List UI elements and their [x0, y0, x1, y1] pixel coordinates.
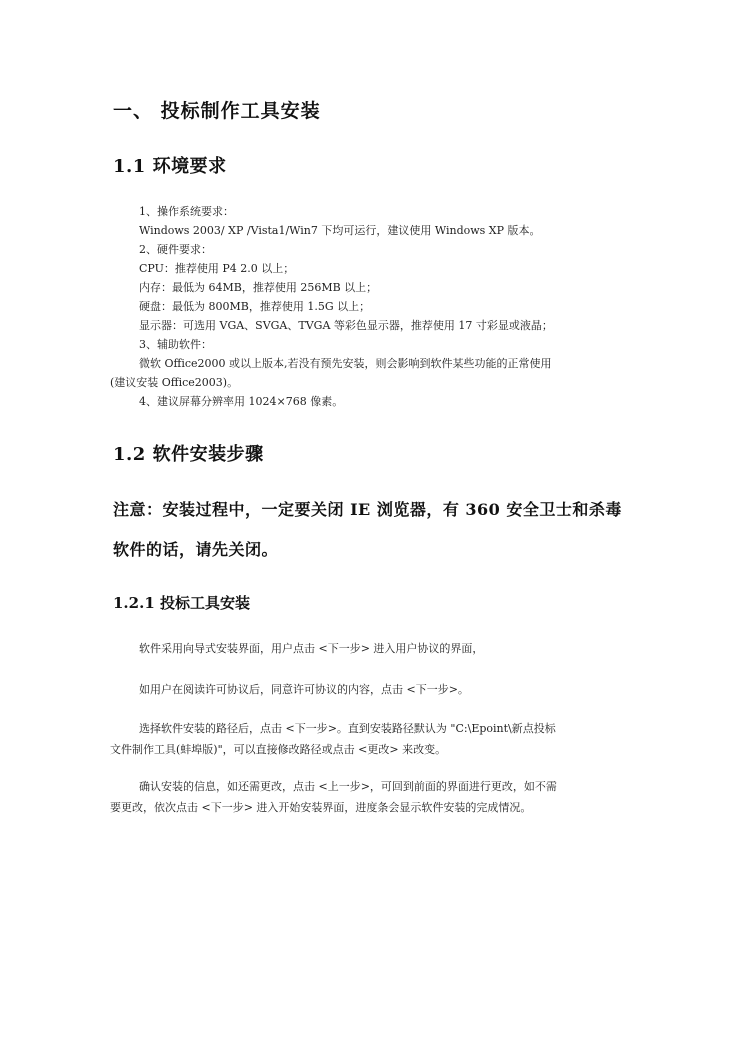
install-step-2: 如用户在阅读许可协议后，同意许可协议的内容，点击 <下一步>。	[139, 681, 469, 697]
env-line-sw-title: 3、辅助软件：	[139, 336, 212, 352]
chapter-title: 一、 投标制作工具安装	[113, 96, 321, 123]
env-line-display: 显示器：可选用 VGA、SVGA、TVGA 等彩色显示器，推荐使用 17 寸彩显…	[139, 317, 553, 333]
warning-note-line2: 软件的话，请先关闭。	[113, 537, 278, 560]
install-step-4-cont: 要更改，依次点击 <下一步> 进入开始安装界面，进度条会显示软件安装的完成情况。	[110, 799, 531, 815]
env-line-memory: 内存：最低为 64MB，推荐使用 256MB 以上；	[139, 279, 377, 295]
install-step-4: 确认安装的信息，如还需更改，点击 <上一步>，可回到前面的界面进行更改，如不需	[139, 778, 557, 794]
env-line-hw-title: 2、硬件要求：	[139, 241, 212, 257]
section-heading-1-2-1: 1.2.1 投标工具安装	[113, 592, 250, 613]
section-heading-1-2: 1.2 软件安装步骤	[113, 440, 264, 466]
env-line-disk: 硬盘：最低为 800MB，推荐使用 1.5G 以上；	[139, 298, 370, 314]
warning-note-line1: 注意：安装过程中，一定要关闭 IE 浏览器，有 360 安全卫士和杀毒	[113, 497, 622, 520]
env-line-office-cont: (建议安装 Office2003)。	[110, 374, 238, 390]
install-step-3: 选择软件安装的路径后，点击 <下一步>。直到安装路径默认为 "C:\Epoint…	[139, 720, 556, 736]
section-heading-1-1: 1.1 环境要求	[113, 152, 227, 178]
env-line-office: 微软 Office2000 或以上版本,若没有预先安装，则会影响到软件某些功能的…	[139, 355, 552, 371]
env-line-os-title: 1、操作系统要求：	[139, 203, 234, 219]
document-page: 一、 投标制作工具安装 1.1 环境要求 1、操作系统要求： Windows 2…	[0, 0, 744, 1052]
env-line-cpu: CPU：推荐使用 P4 2.0 以上；	[139, 260, 294, 276]
install-step-3-cont: 文件制作工具(蚌埠版)"，可以直接修改路径或点击 <更改> 来改变。	[110, 741, 446, 757]
env-line-resolution: 4、建议屏幕分辨率用 1024×768 像素。	[139, 393, 343, 409]
env-line-os: Windows 2003/ XP /Vista1/Win7 下均可运行，建议使用…	[139, 222, 541, 238]
install-step-1: 软件采用向导式安装界面，用户点击 <下一步> 进入用户协议的界面，	[139, 640, 483, 656]
